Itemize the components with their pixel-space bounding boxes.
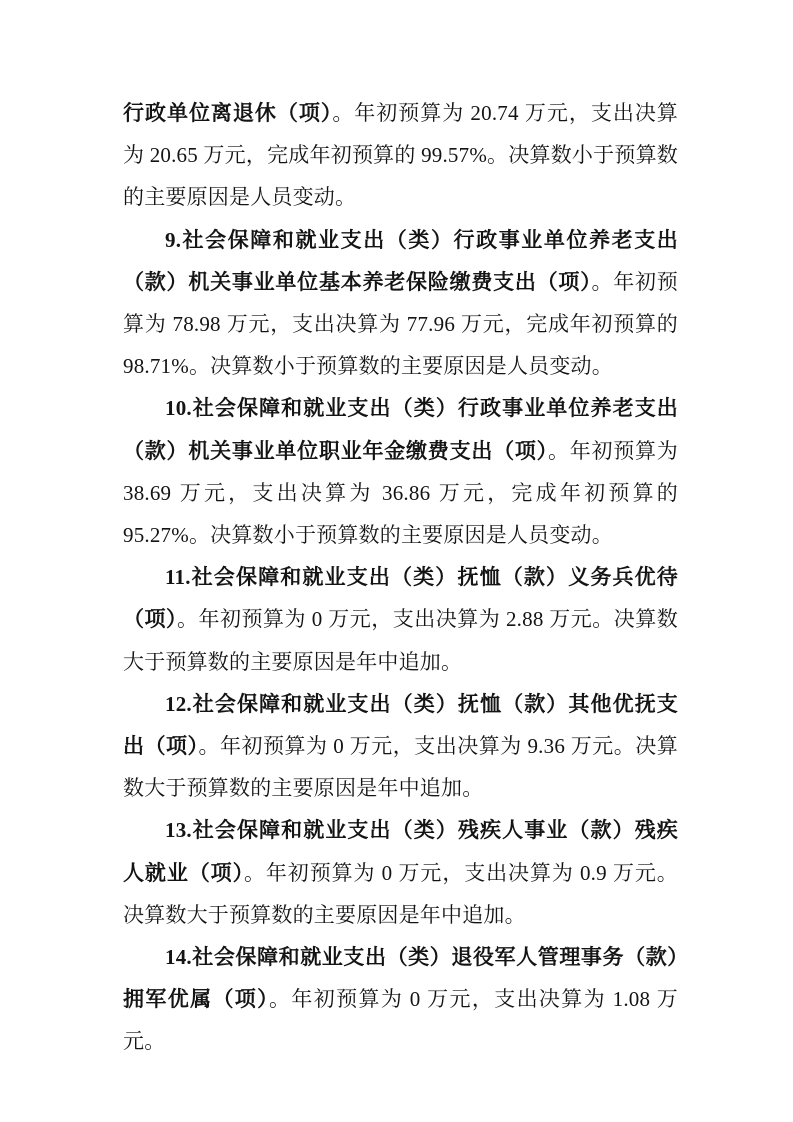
- paragraph: 10.社会保障和就业支出（类）行政事业单位养老支出（款）机关事业单位职业年金缴费…: [123, 387, 678, 556]
- paragraph-lead-bold: 行政单位离退休（项）: [123, 101, 332, 125]
- paragraph: 13.社会保障和就业支出（类）残疾人事业（款）残疾人就业（项）。年初预算为 0 …: [123, 809, 678, 936]
- paragraph-body-text: 。年初预算为 0 万元，支出决算为 9.36 万元。决算数大于预算数的主要原因是…: [123, 734, 678, 800]
- document-content: 行政单位离退休（项）。年初预算为 20.74 万元，支出决算为 20.65 万元…: [123, 92, 678, 1063]
- paragraph: 12.社会保障和就业支出（类）抚恤（款）其他优抚支出（项）。年初预算为 0 万元…: [123, 683, 678, 810]
- paragraph-body-text: 。年初预算为 0 万元，支出决算为 2.88 万元。决算数大于预算数的主要原因是…: [123, 607, 678, 673]
- paragraph: 14.社会保障和就业支出（类）退役军人管理事务（款）拥军优属（项）。年初预算为 …: [123, 936, 678, 1063]
- paragraph: 行政单位离退休（项）。年初预算为 20.74 万元，支出决算为 20.65 万元…: [123, 92, 678, 219]
- paragraph: 11.社会保障和就业支出（类）抚恤（款）义务兵优待（项）。年初预算为 0 万元，…: [123, 556, 678, 683]
- document-page: 行政单位离退休（项）。年初预算为 20.74 万元，支出决算为 20.65 万元…: [0, 0, 793, 1122]
- paragraph: 9.社会保障和就业支出（类）行政事业单位养老支出（款）机关事业单位基本养老保险缴…: [123, 219, 678, 388]
